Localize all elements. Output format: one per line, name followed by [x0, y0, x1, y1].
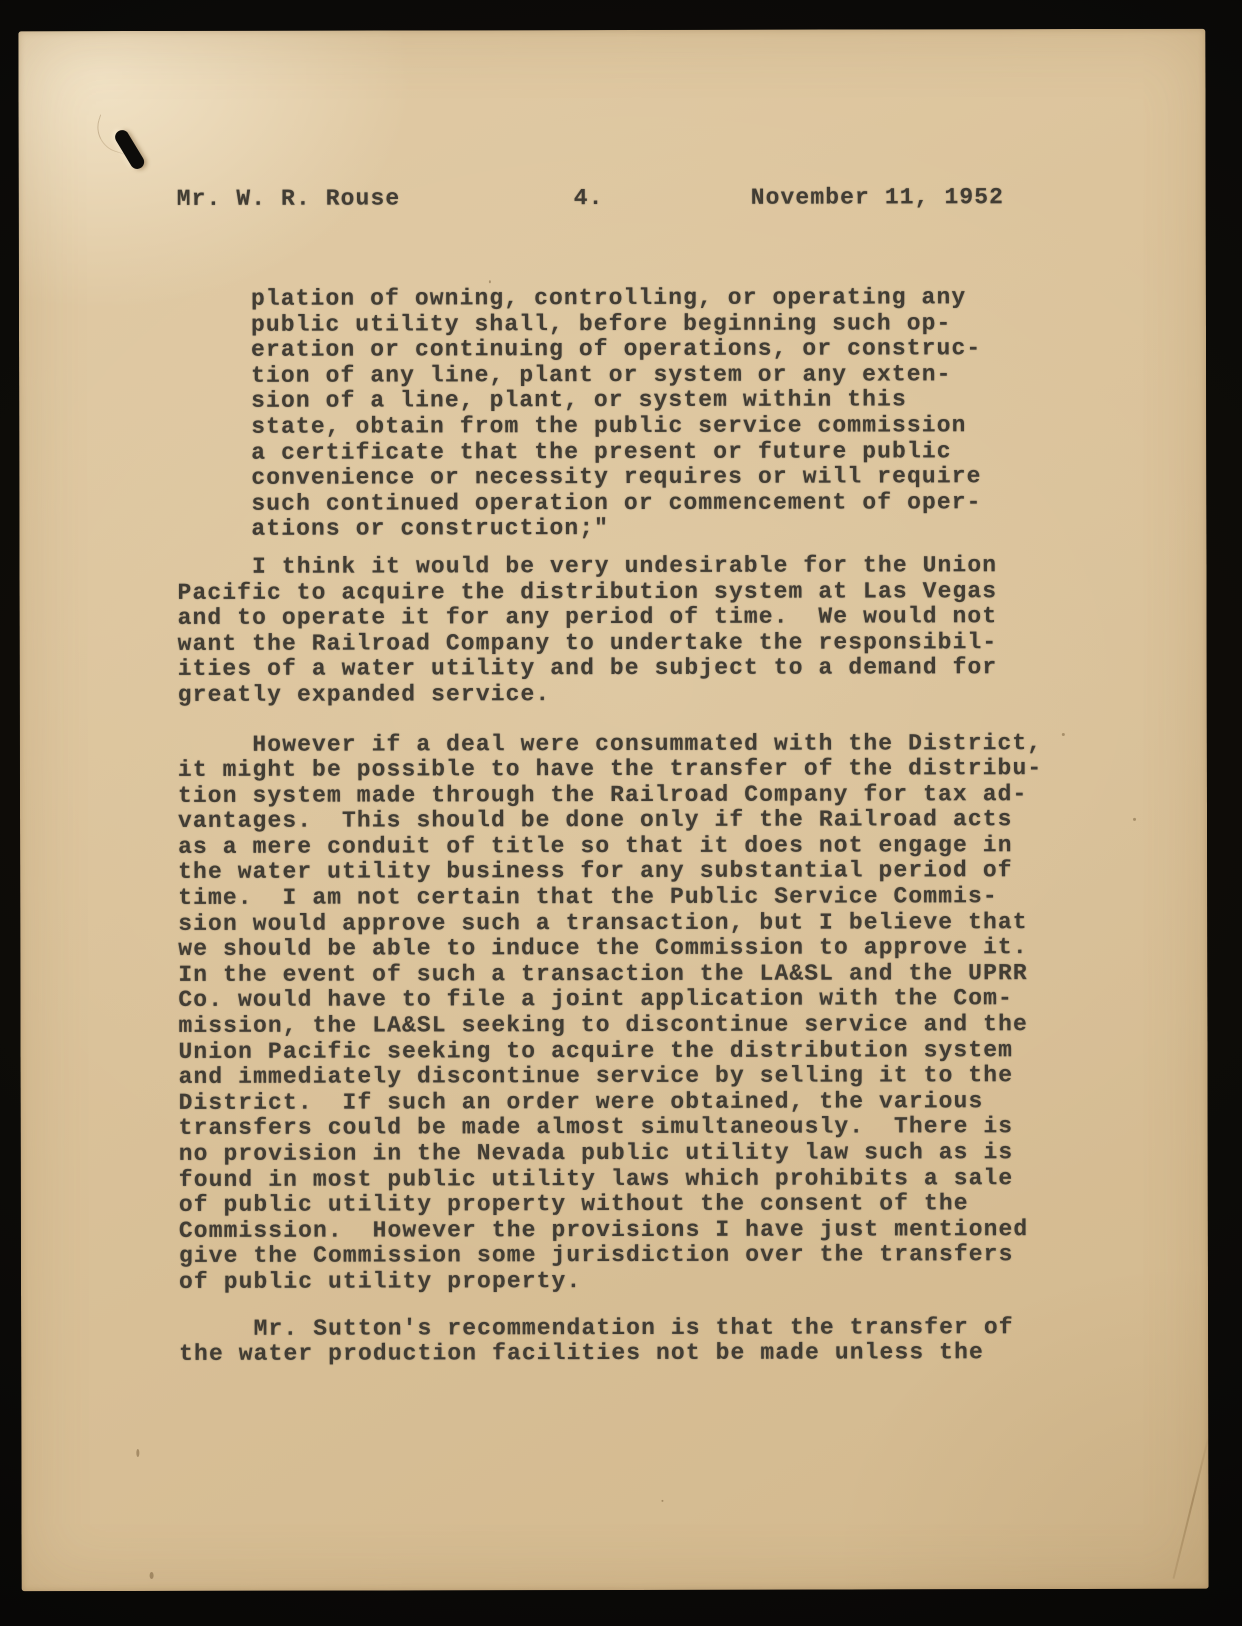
- speck: [1133, 818, 1136, 821]
- speck: [136, 1449, 139, 1457]
- paragraph-union-pacific: I think it would be very undesirable for…: [177, 553, 1127, 709]
- paragraph-deal-district: However if a deal were consummated with …: [178, 730, 1129, 1295]
- typed-content: Mr. W. R. Rouse 4. November 11, 1952 pla…: [177, 185, 1129, 1368]
- letter-page: Mr. W. R. Rouse 4. November 11, 1952 pla…: [18, 29, 1208, 1591]
- letter-date: November 11, 1952: [751, 185, 1004, 211]
- statute-quote-block: plation of owning, controlling, or opera…: [251, 285, 1128, 543]
- recipient-name: Mr. W. R. Rouse: [177, 186, 401, 212]
- paper-specks: [18, 29, 1205, 31]
- speck: [150, 1572, 154, 1579]
- corner-crease: [1172, 1433, 1210, 1579]
- scan-background: Mr. W. R. Rouse 4. November 11, 1952 pla…: [0, 0, 1242, 1626]
- paragraph-sutton-recommendation: Mr. Sutton's recommendation is that the …: [179, 1314, 1129, 1367]
- page-header: Mr. W. R. Rouse 4. November 11, 1952: [177, 185, 1127, 213]
- page-number: 4.: [574, 186, 604, 212]
- speck: [661, 1500, 663, 1502]
